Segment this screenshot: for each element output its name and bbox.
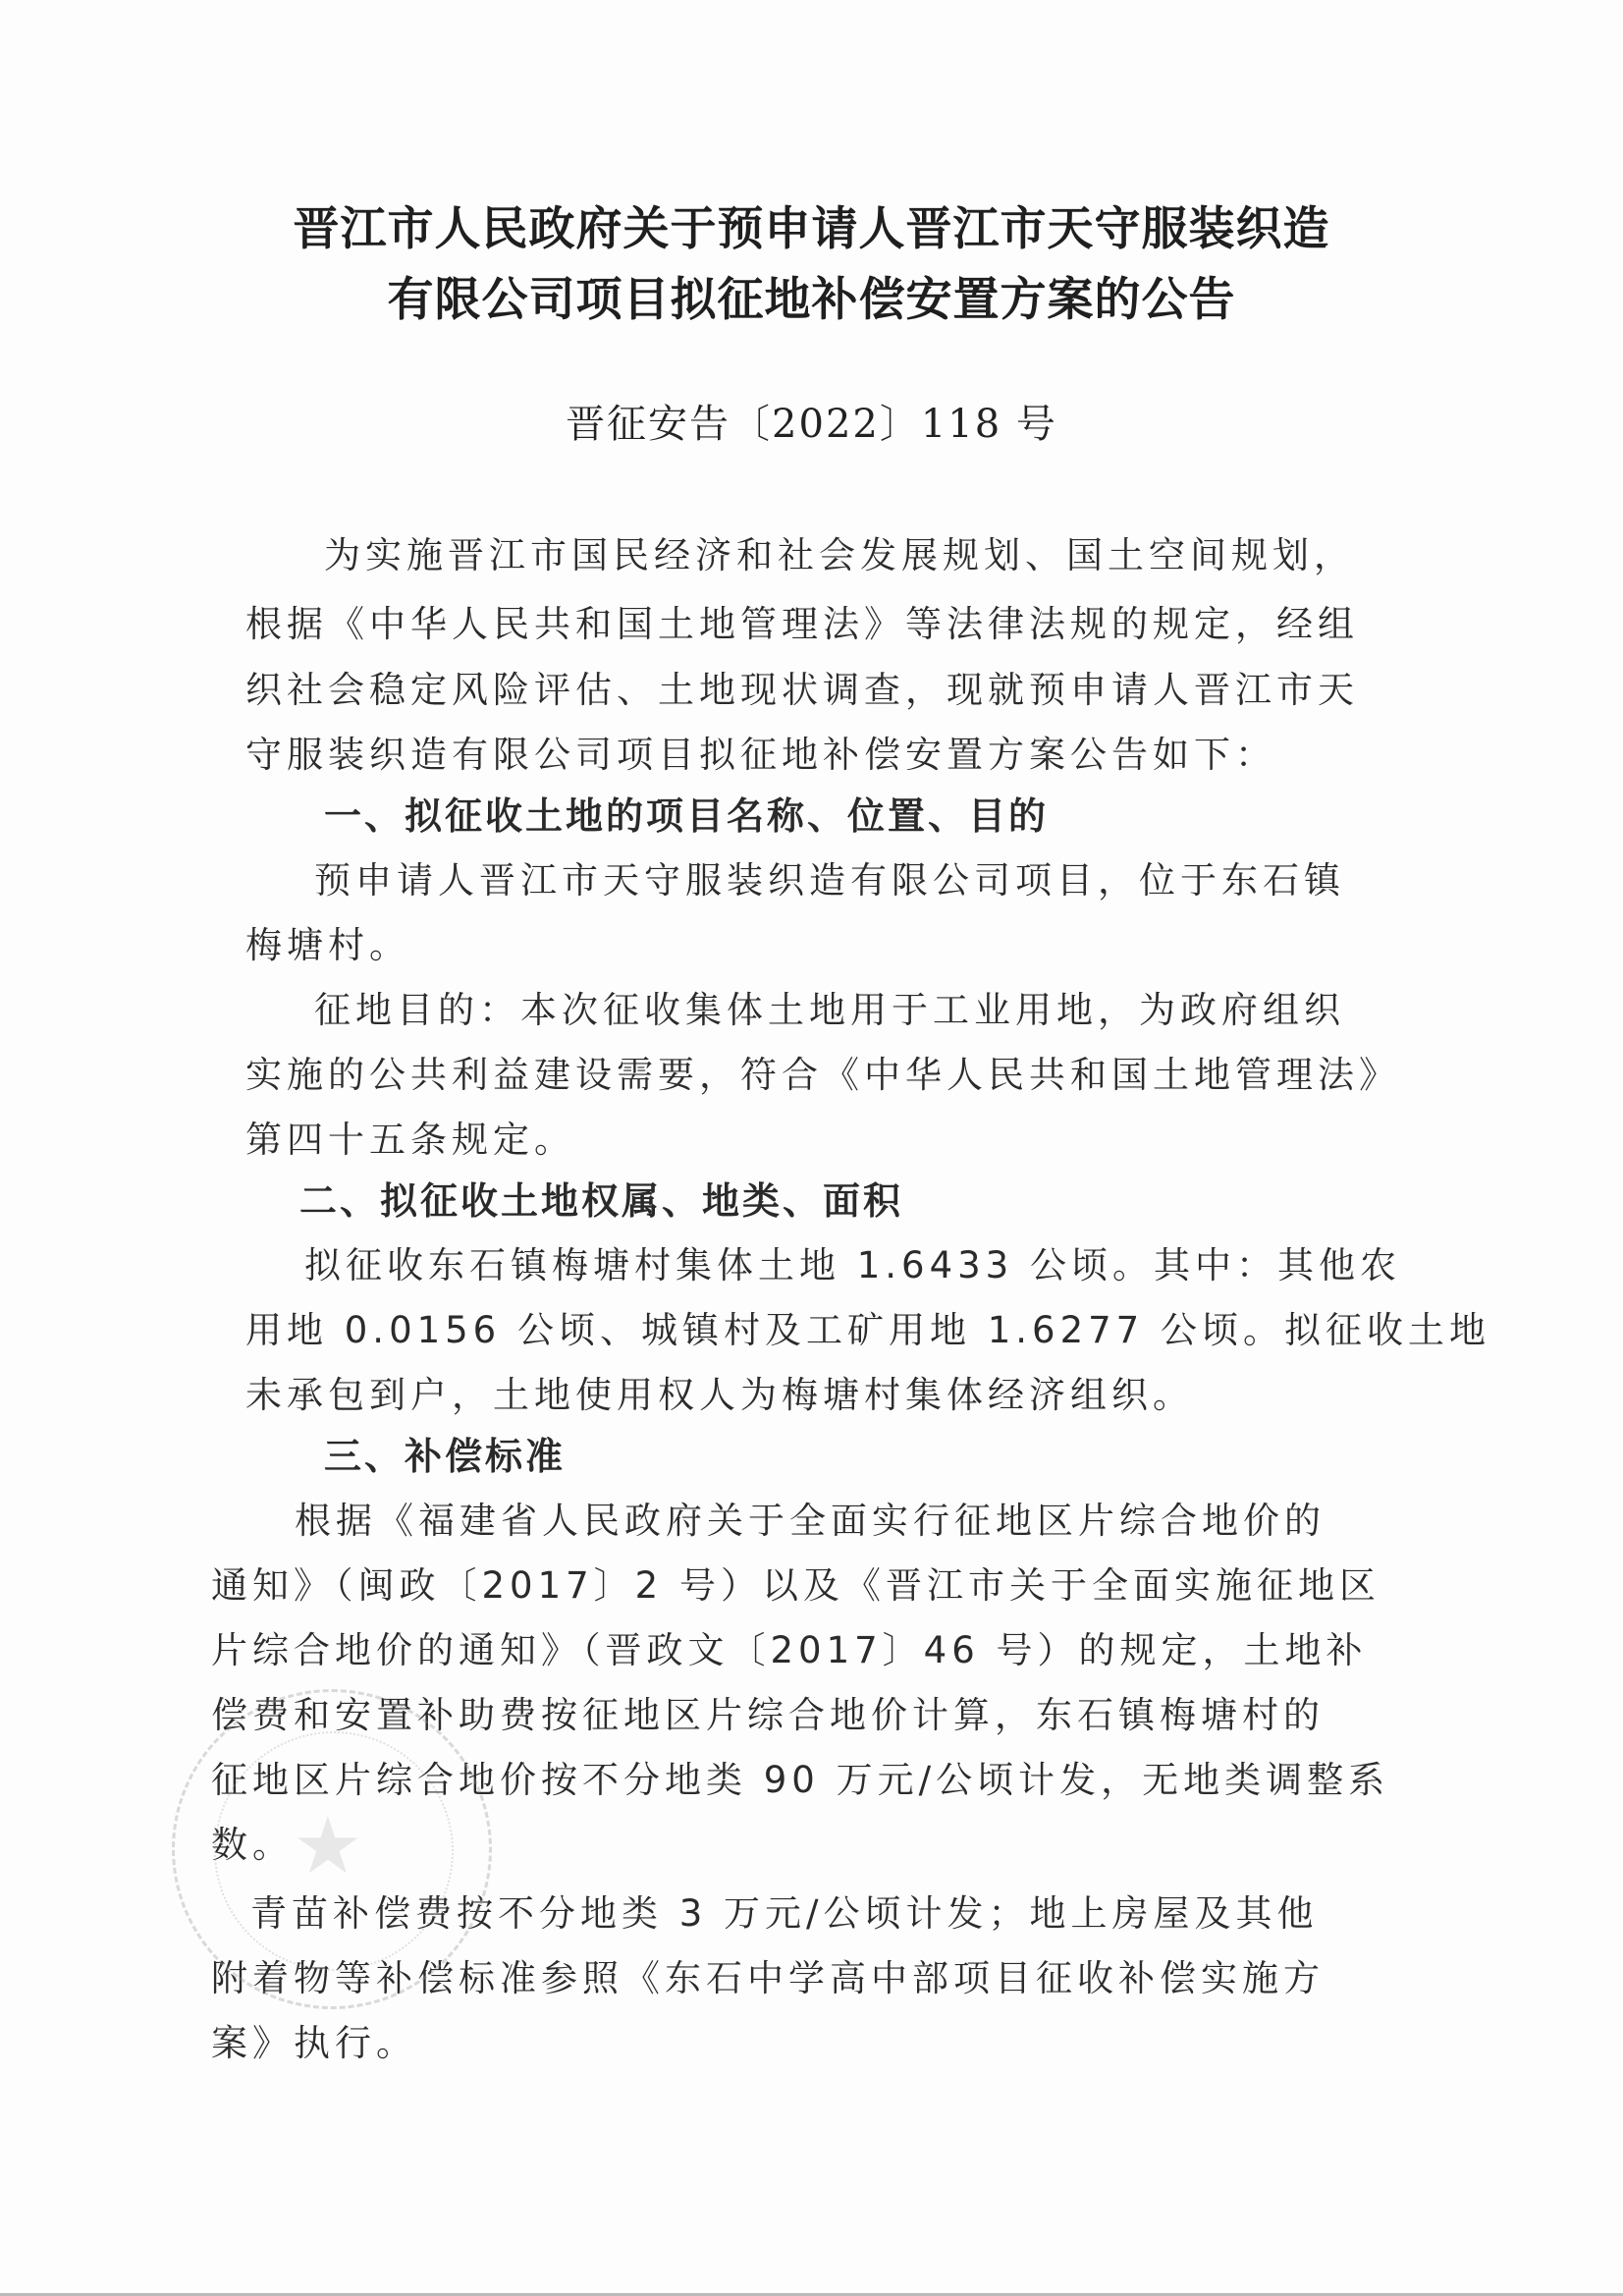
section-2-text: 拟征收东石镇梅塘村集体土地 1.6433 公顷。其中：其他农: [304, 1235, 1401, 1288]
seal-star-icon: ★: [293, 1800, 363, 1891]
section-1-heading: 一、拟征收土地的项目名称、位置、目的: [324, 786, 1049, 840]
section-3-text: 片综合地价的通知》（晋政文〔2017〕46 号）的规定，土地补: [211, 1620, 1368, 1673]
document-number: 晋征安告〔2022〕118 号: [0, 393, 1623, 449]
section-2-text: 用地 0.0156 公顷、城镇村及工矿用地 1.6277 公顷。拟征收土地: [245, 1300, 1490, 1353]
official-seal-stamp: ★: [172, 1689, 492, 2009]
section-3-heading: 三、补偿标准: [324, 1426, 566, 1480]
section-3-text: 通知》（闽政〔2017〕2 号）以及《晋江市关于全面实施征地区: [211, 1556, 1380, 1609]
document-page: 晋江市人民政府关于预申请人晋江市天守服装织造 有限公司项目拟征地补偿安置方案的公…: [0, 0, 1623, 2296]
section-3-text: 根据《福建省人民政府关于全面实行征地区片综合地价的: [295, 1491, 1325, 1544]
section-2-heading: 二、拟征收土地权属、地类、面积: [299, 1171, 903, 1225]
intro-line: 根据《中华人民共和国土地管理法》等法律法规的规定，经组: [245, 594, 1359, 647]
section-1-text: 梅塘村。: [245, 915, 410, 968]
intro-line: 为实施晋江市国民经济和社会发展规划、国土空间规划，: [324, 525, 1355, 578]
section-3-text: 案》执行。: [211, 2013, 417, 2066]
section-1-text: 征地目的：本次征收集体土地用于工业用地，为政府组织: [314, 980, 1345, 1033]
section-1-text: 预申请人晋江市天守服装织造有限公司项目，位于东石镇: [314, 850, 1345, 903]
document-title-line-2: 有限公司项目拟征地补偿安置方案的公告: [0, 263, 1623, 329]
section-1-text: 实施的公共利益建设需要，符合《中华人民共和国土地管理法》: [245, 1045, 1400, 1098]
section-2-text: 未承包到户，土地使用权人为梅塘村集体经济组织。: [245, 1365, 1194, 1418]
intro-line: 织社会稳定风险评估、土地现状调查，现就预申请人晋江市天: [245, 660, 1359, 713]
section-1-text: 第四十五条规定。: [245, 1110, 575, 1163]
document-title-line-1: 晋江市人民政府关于预申请人晋江市天守服装织造: [0, 192, 1623, 258]
intro-line: 守服装织造有限公司项目拟征地补偿安置方案公告如下：: [245, 725, 1276, 778]
